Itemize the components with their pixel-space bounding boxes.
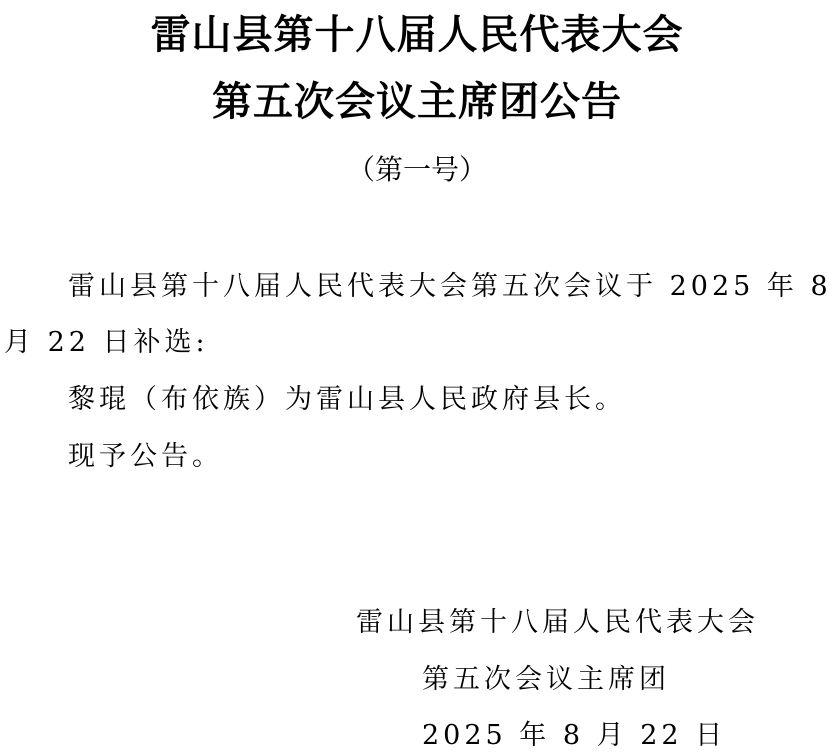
announcement-number: （第一号） <box>0 150 834 190</box>
signature-date: 2025 年 8 月 22 日 <box>422 716 726 756</box>
signature-body: 第五次会议主席团 <box>422 660 670 700</box>
announcement-title-line1: 雷山县第十八届人民代表大会 <box>0 10 834 60</box>
signature-organization: 雷山县第十八届人民代表大会 <box>356 603 759 643</box>
paragraph-closing: 现予公告。 <box>68 437 834 477</box>
paragraph-election-line2: 月 22 日补选: <box>4 323 834 363</box>
announcement-title-line2: 第五次会议主席团公告 <box>0 77 834 127</box>
paragraph-appointment: 黎琨（布依族）为雷山县人民政府县长。 <box>68 380 834 420</box>
paragraph-election-line1: 雷山县第十八届人民代表大会第五次会议于 2025 年 8 <box>68 267 834 307</box>
